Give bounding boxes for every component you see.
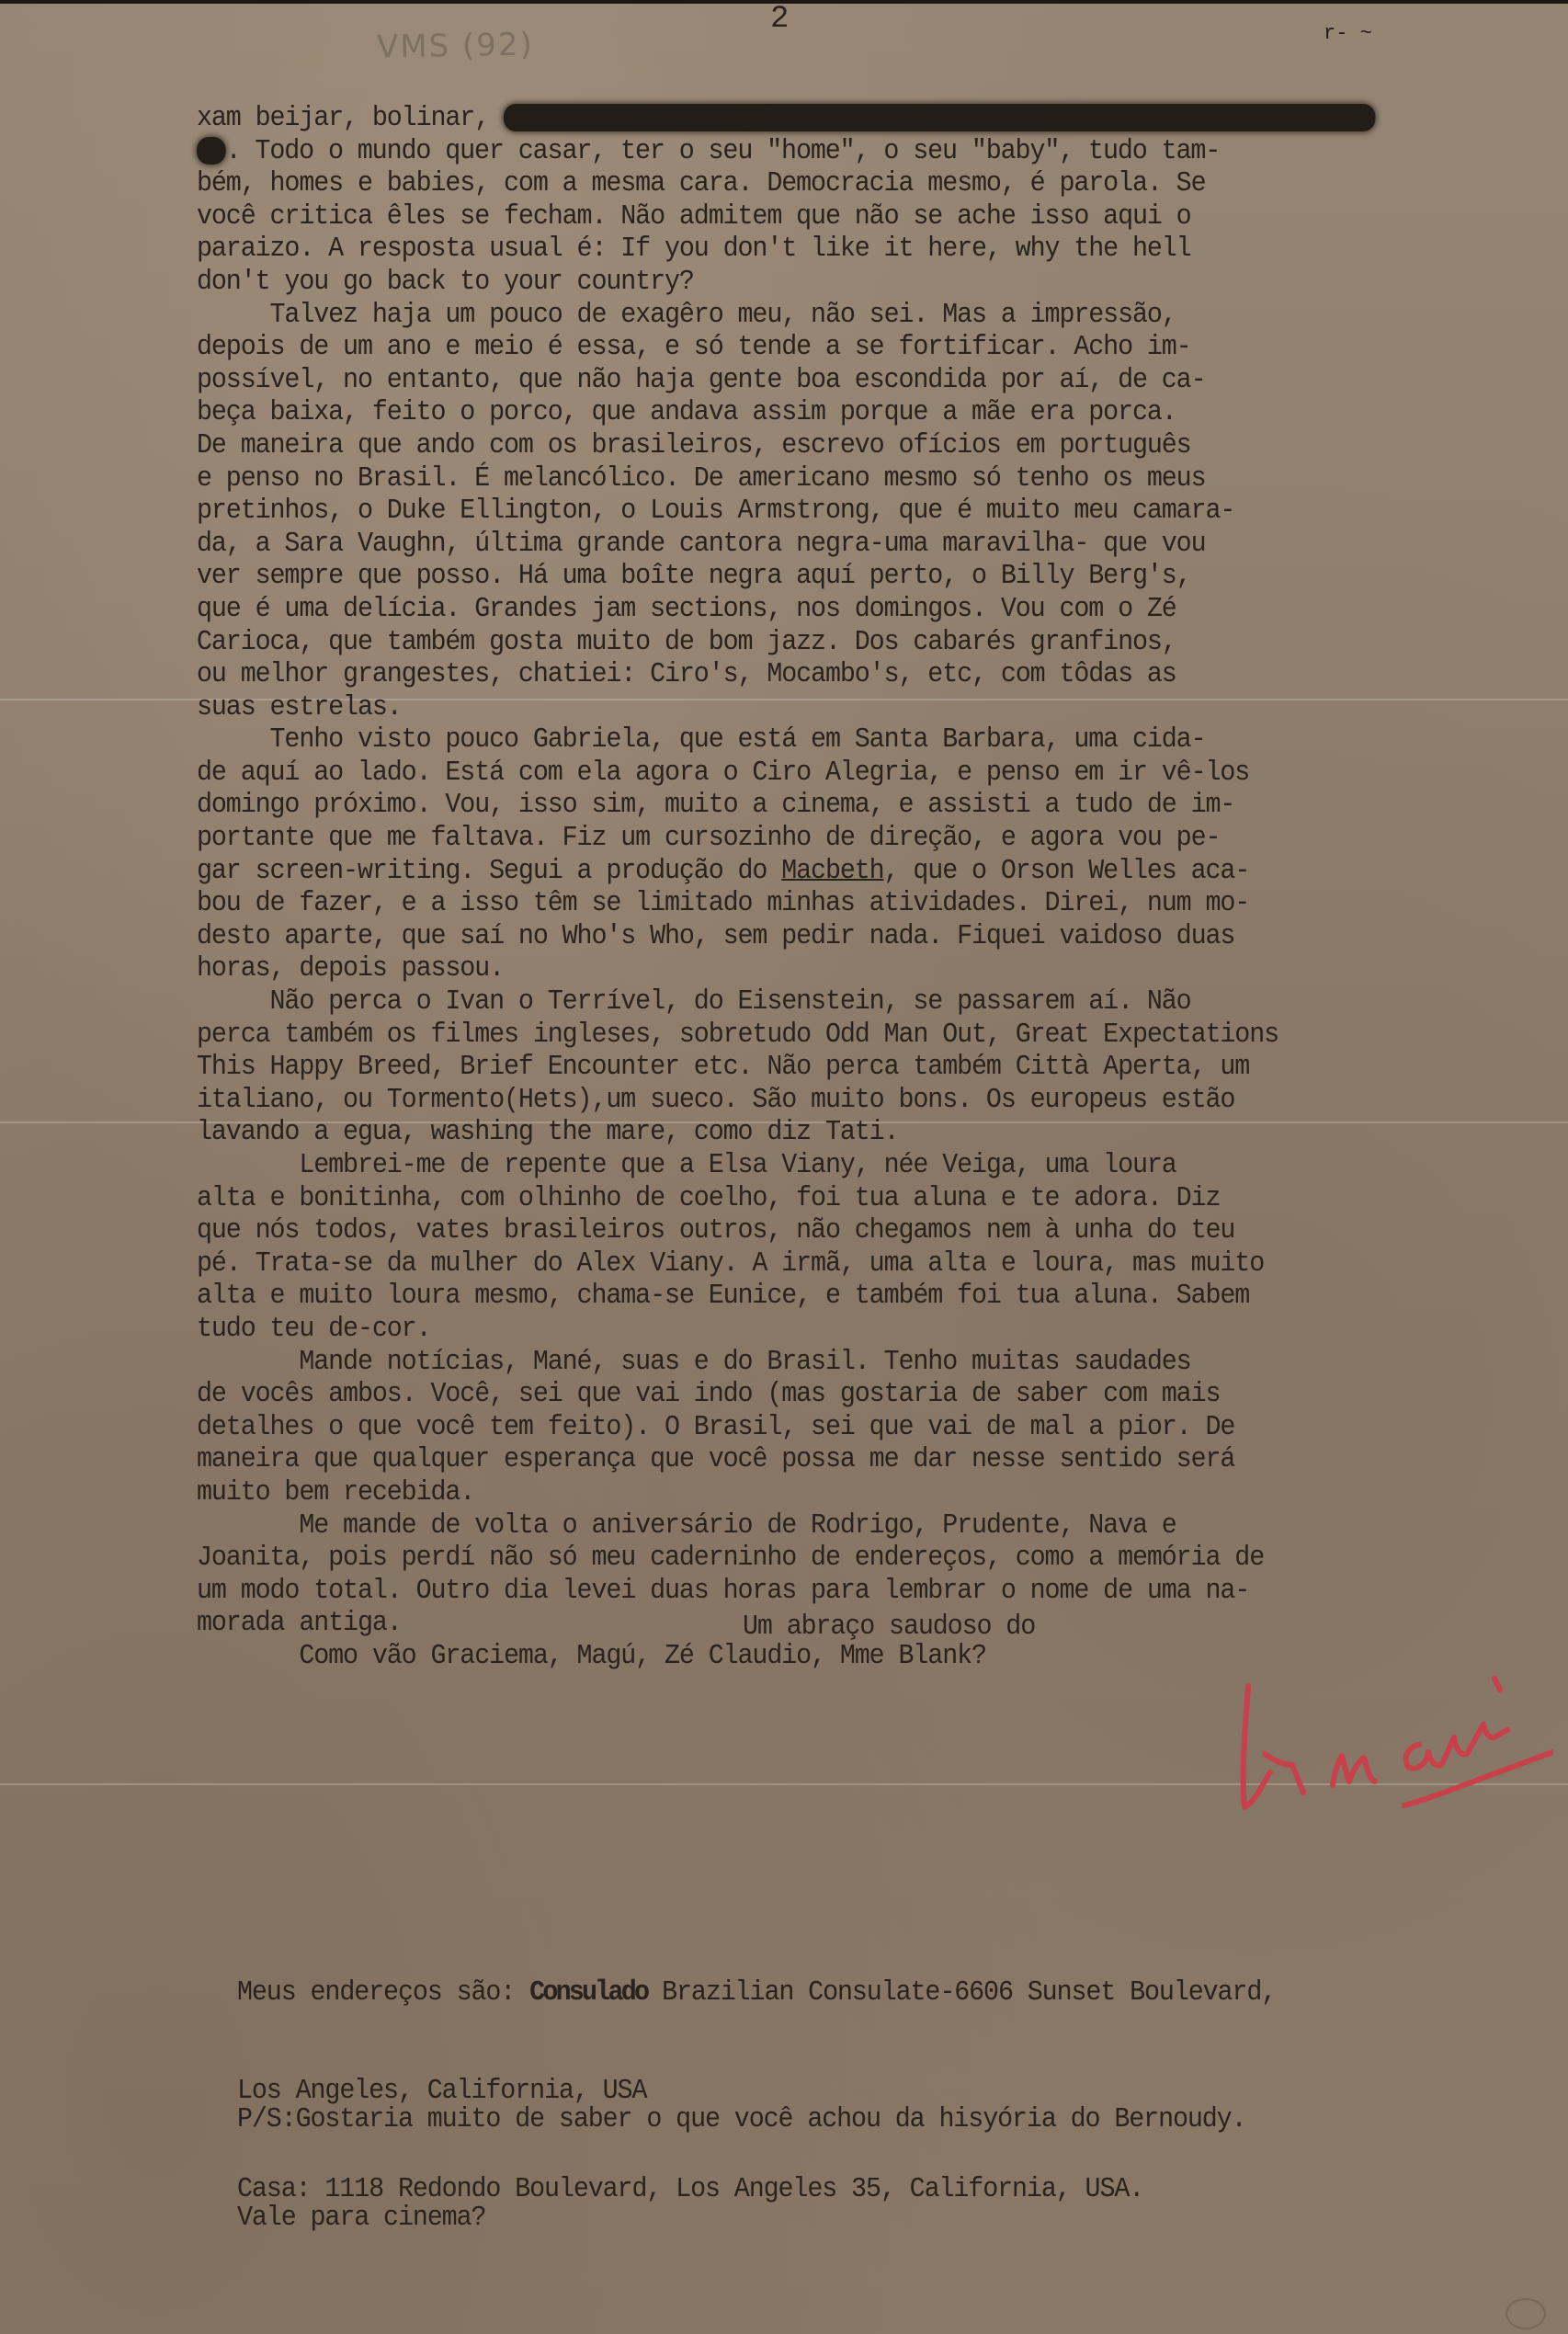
letter-line: ou melhor grangestes, chatiei: Ciro's, M… [197, 659, 1461, 692]
address-label: Meus endereços são: [237, 1977, 529, 2009]
letter-line: gar screen-writing. Segui a produção do … [197, 856, 1461, 889]
letter-line: italiano, ou Tormento(Hets),um sueco. Sã… [197, 1085, 1461, 1118]
letter-line: maneira que qualquer esperança que você … [197, 1444, 1461, 1477]
letter-body: xam beijar, bolinar, . Todo o mundo quer… [197, 103, 1461, 1674]
letter-line: Tenho visto pouco Gabriela, que está em … [197, 724, 1461, 757]
handwritten-signature [1167, 1645, 1553, 1811]
letter-line: de aquí ao lado. Está com ela agora o Ci… [197, 757, 1461, 791]
letter-line: xam beijar, bolinar, [197, 103, 1461, 136]
letter-line: paraizo. A resposta usual é: If you don'… [197, 233, 1461, 267]
letter-line: domingo próximo. Vou, isso sim, muito a … [197, 790, 1461, 823]
letter-line: Mande notícias, Mané, suas e do Brasil. … [197, 1347, 1461, 1380]
letter-line: Não perca o Ivan o Terrível, do Eisenste… [197, 986, 1461, 1019]
letter-line: Lembrei-me de repente que a Elsa Viany, … [197, 1150, 1461, 1183]
letter-line: perca também os filmes ingleses, sobretu… [197, 1019, 1461, 1053]
letter-line: pé. Trata-se da mulher do Alex Viany. A … [197, 1248, 1461, 1281]
letter-line: muito bem recebida. [197, 1477, 1461, 1510]
letter-line: desto aparte, que saí no Who's Who, sem … [197, 921, 1461, 954]
letter-line: bou de fazer, e a isso têm se limitado m… [197, 888, 1461, 921]
letter-line: . Todo o mundo quer casar, ter o seu "ho… [197, 136, 1461, 169]
letter-line: De maneira que ando com os brasileiros, … [197, 430, 1461, 463]
redaction-mark [504, 104, 1376, 131]
letter-line: horas, depois passou. [197, 953, 1461, 986]
letter-line: que nós todos, vates brasileiros outros,… [197, 1215, 1461, 1248]
letter-line: detalhes o que você tem feito). O Brasil… [197, 1412, 1461, 1445]
letter-line: beça baixa, feito o porco, que andava as… [197, 397, 1461, 430]
letter-line: portante que me faltava. Fiz um cursozin… [197, 823, 1461, 856]
letter-line: pretinhos, o Duke Ellington, o Louis Arm… [197, 495, 1461, 529]
consulate-address: Brazilian Consulate-6606 Sunset Boulevar… [647, 1977, 1276, 2009]
letter-line: Me mande de volta o aniversário de Rodri… [197, 1510, 1461, 1543]
letter-line: Joanita, pois perdí não só meu caderninh… [197, 1543, 1461, 1576]
address-line-consulate: Meus endereços são: Consulado Brazilian … [237, 1977, 1468, 2010]
letter-line: possível, no entanto, que não haja gente… [197, 365, 1461, 398]
letter-line: bém, homes e babies, com a mesma cara. D… [197, 168, 1461, 201]
postscript-line-1: P/S:Gostaria muito de saber o que você a… [237, 2104, 1468, 2137]
letter-line: um modo total. Outro dia levei duas hora… [197, 1576, 1461, 1609]
letter-line: suas estrelas. [197, 692, 1461, 725]
letter-line: da, a Sara Vaughn, última grande cantora… [197, 529, 1461, 562]
corner-stamp-mark [1506, 2298, 1546, 2329]
closing-line: Um abraço saudoso do [743, 1611, 1035, 1643]
page-number: 2 [770, 2, 789, 37]
redaction-mark [197, 137, 226, 165]
letter-line: This Happy Breed, Brief Encounter etc. N… [197, 1052, 1461, 1085]
letter-line: alta e muito loura mesmo, chama-se Eunic… [197, 1281, 1461, 1314]
postscript: P/S:Gostaria muito de saber o que você a… [237, 2039, 1468, 2268]
letter-line: Carioca, que também gosta muito de bom j… [197, 627, 1461, 660]
underlined-title: Macbeth [781, 856, 883, 887]
postscript-line-2: Vale para cinema? [237, 2203, 1468, 2236]
letter-line: tudo teu de-cor. [197, 1314, 1461, 1347]
corner-ink-mark: r- ~ [1324, 22, 1372, 45]
letter-line: você critica êles se fecham. Não admitem… [197, 201, 1461, 234]
letter-line: ver sempre que posso. Há uma boîte negra… [197, 561, 1461, 594]
letter-line: don't you go back to your country? [197, 267, 1461, 300]
letter-line: depois de um ano e meio é essa, e só ten… [197, 332, 1461, 365]
struck-out-word: Consulado [529, 1977, 647, 2009]
archive-pencil-annotation: VMS (92) [377, 27, 534, 66]
letter-line: que é uma delícia. Grandes jam sections,… [197, 594, 1461, 627]
letter-line: de vocês ambos. Você, sei que vai indo (… [197, 1379, 1461, 1412]
letter-line: alta e bonitinha, com olhinho de coelho,… [197, 1183, 1461, 1216]
letter-line: e penso no Brasil. É melancólico. De ame… [197, 463, 1461, 496]
letter-line: Talvez haja um pouco de exagêro meu, não… [197, 300, 1461, 333]
letter-line: lavando a egua, washing the mare, como d… [197, 1117, 1461, 1150]
